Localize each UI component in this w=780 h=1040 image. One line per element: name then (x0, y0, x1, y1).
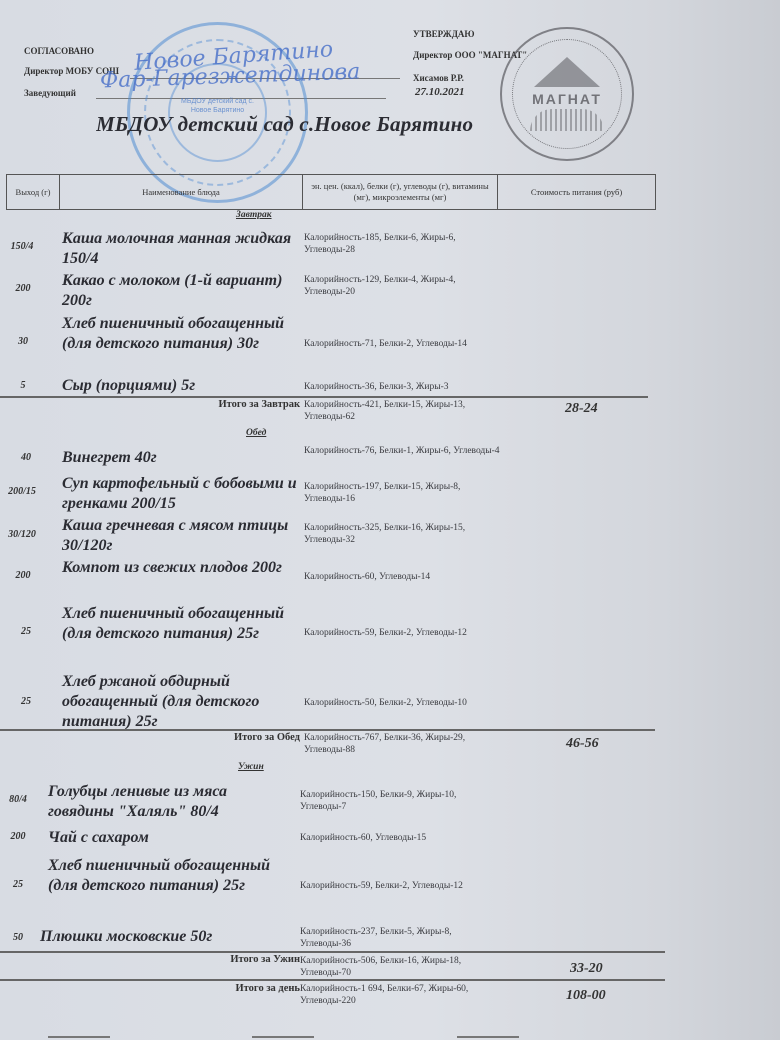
item-nutrition: Калорийность-150, Белки-9, Жиры-10, Угле… (300, 789, 500, 813)
item-nutrition: Калорийность-325, Белки-16, Жиры-15, Угл… (304, 522, 504, 546)
item-qty: 5 (3, 380, 43, 391)
item-nutrition: Калорийность-50, Белки-2, Углеводы-10 (304, 697, 504, 709)
col-yield-header: Выход (г) (7, 175, 60, 210)
col-nutrition-header: эн. цен. (ккал), белки (г), углеводы (г)… (303, 175, 498, 210)
col-cost-header: Стоимость питания (руб) (498, 175, 656, 210)
approval-right-line1: Директор ООО "МАГНАТ" (413, 50, 527, 60)
item-qty: 150/4 (2, 241, 42, 252)
item-nutrition: Калорийность-59, Белки-2, Углеводы-12 (304, 627, 504, 639)
breakfast-total-label: Итого за Завтрак (218, 399, 300, 410)
approval-right-line2: Хисамов Р.Р. (413, 73, 464, 83)
item-name: Хлеб ржаной обдирный обогащенный (для де… (62, 672, 302, 732)
item-nutrition: Калорийность-59, Белки-2, Углеводы-12 (300, 880, 500, 892)
lunch-total-cost: 46-56 (566, 736, 599, 752)
footer-signature-line (252, 1036, 314, 1038)
breakfast-total-cost: 28-24 (565, 401, 598, 417)
item-nutrition: Калорийность-197, Белки-15, Жиры-8, Угле… (304, 481, 504, 505)
item-qty: 25 (6, 626, 46, 637)
item-nutrition: Калорийность-60, Углеводы-14 (304, 571, 504, 583)
signature-handwriting-2: Фар-Гарезжетдинова (100, 59, 361, 93)
lunch-total-label: Итого за Обед (234, 732, 300, 743)
item-name: Каша молочная манная жидкая 150/4 (62, 229, 302, 269)
footer-signature-line (457, 1036, 519, 1038)
item-qty: 200 (3, 570, 43, 581)
item-qty: 40 (6, 452, 46, 463)
item-name: Хлеб пшеничный обогащенный (для детского… (62, 314, 302, 354)
approval-left-line2: Заведующий (24, 88, 76, 98)
approval-date: 27.10.2021 (415, 86, 465, 98)
item-qty: 200/15 (2, 486, 42, 497)
item-name: Хлеб пшеничный обогащенный (для детского… (48, 856, 288, 896)
menu-table-header: Выход (г) Наименование блюда эн. цен. (к… (6, 174, 656, 210)
item-qty: 30/120 (2, 529, 42, 540)
section-title-lunch: Обед (246, 428, 266, 438)
item-nutrition: Калорийность-71, Белки-2, Углеводы-14 (304, 338, 504, 350)
item-name: Чай с сахаром (48, 828, 288, 848)
company-stamp-gray: МАГНАТ (500, 27, 634, 161)
item-name: Компот из свежих плодов 200г (62, 558, 302, 578)
item-nutrition: Калорийность-76, Белки-1, Жиры-6, Углево… (304, 445, 504, 457)
signature-line-2 (96, 98, 386, 99)
item-name: Сыр (порциями) 5г (62, 376, 302, 396)
item-nutrition: Калорийность-36, Белки-3, Жиры-3 (304, 381, 504, 393)
day-total-cost: 108-00 (566, 988, 606, 1004)
approval-right-heading: УТВЕРЖДАЮ (413, 29, 475, 39)
signature-line-1 (130, 78, 400, 79)
item-qty: 25 (0, 879, 38, 890)
item-qty: 80/4 (0, 794, 38, 805)
section-title-breakfast: Завтрак (236, 210, 272, 220)
item-qty: 200 (3, 283, 43, 294)
item-name: Хлеб пшеничный обогащенный (для детского… (62, 604, 302, 644)
col-name-header: Наименование блюда (60, 175, 303, 210)
page-title: МБДОУ детский сад с.Новое Барятино (96, 112, 536, 137)
day-total-label: Итого за день (236, 983, 301, 994)
item-nutrition: Калорийность-60, Углеводы-15 (300, 832, 500, 844)
item-nutrition: Калорийность-129, Белки-4, Жиры-4, Углев… (304, 274, 504, 298)
item-qty: 30 (3, 336, 43, 347)
dinner-total-cost: 33-20 (570, 961, 603, 977)
sun-emblem-icon (530, 109, 604, 131)
dinner-total-label: Итого за Ужин (230, 954, 300, 965)
footer-signature-line (48, 1036, 110, 1038)
dinner-total-nutrition: Калорийность-506, Белки-16, Жиры-18, Угл… (300, 955, 500, 979)
item-qty: 50 (0, 932, 38, 943)
day-total-nutrition: Калорийность-1 694, Белки-67, Жиры-60, У… (300, 983, 500, 1007)
approval-left-line1: Директор МОБУ СОШ (24, 66, 119, 76)
item-nutrition: Калорийность-237, Белки-5, Жиры-8, Углев… (300, 926, 500, 950)
item-qty: 200 (0, 831, 38, 842)
divider (0, 979, 665, 981)
item-qty: 25 (6, 696, 46, 707)
stamp-gray-text: МАГНАТ (502, 91, 632, 107)
breakfast-total-nutrition: Калорийность-421, Белки-15, Жиры-13, Угл… (304, 399, 504, 423)
item-name: Какао с молоком (1-й вариант) 200г (62, 271, 302, 311)
divider (0, 729, 655, 731)
item-name: Голубцы ленивые из мяса говядины "Халяль… (48, 782, 288, 822)
divider (0, 951, 665, 953)
item-name: Плюшки московские 50г (40, 927, 280, 947)
item-name: Винегрет 40г (62, 448, 302, 468)
lunch-total-nutrition: Калорийность-767, Белки-36, Жиры-29, Угл… (304, 732, 504, 756)
approval-left-heading: СОГЛАСОВАНО (24, 46, 94, 56)
signature-handwriting-1: Новое Барятино (133, 37, 333, 76)
item-name: Каша гречневая с мясом птицы 30/120г (62, 516, 302, 556)
section-title-dinner: Ужин (238, 762, 264, 772)
item-name: Суп картофельный с бобовыми и гренками 2… (62, 474, 302, 514)
divider (0, 396, 648, 398)
item-nutrition: Калорийность-185, Белки-6, Жиры-6, Углев… (304, 232, 504, 256)
mountain-emblem-icon (534, 57, 600, 87)
